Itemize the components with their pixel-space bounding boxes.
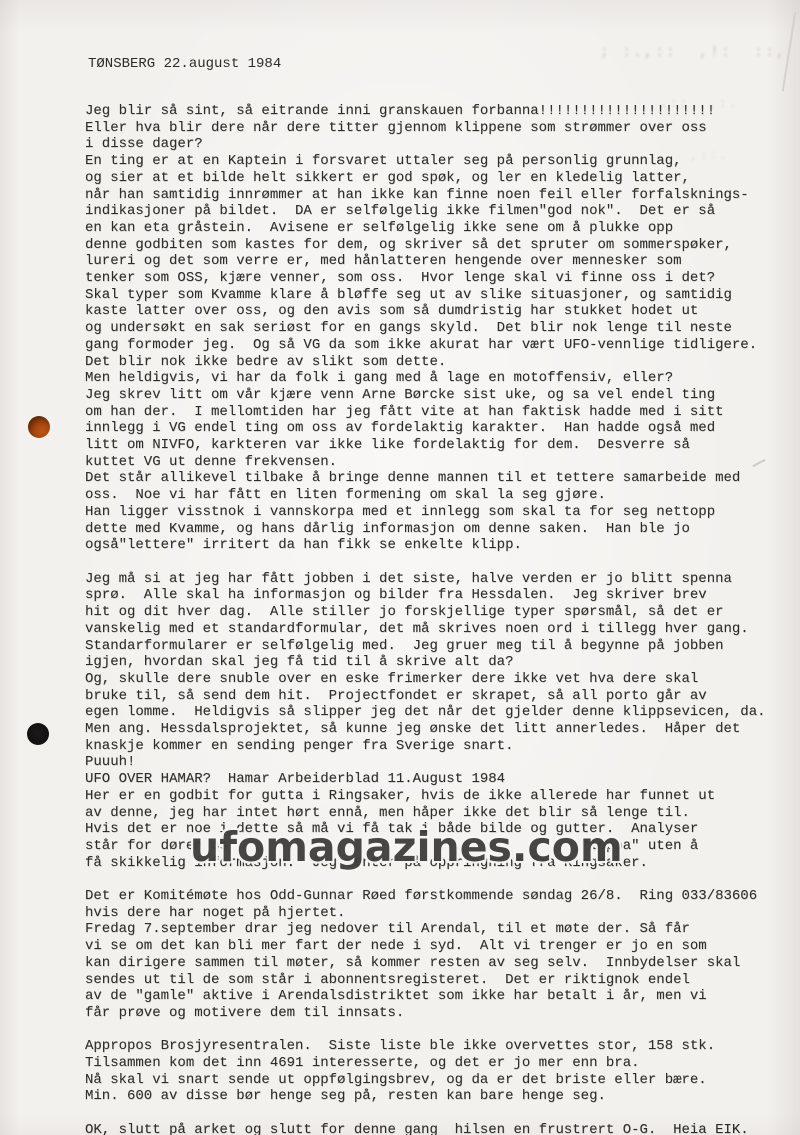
scanned-letter-page: { "paper": { "background": "#f3f1ee", "i…	[0, 0, 800, 1135]
punch-hole-icon	[27, 723, 49, 745]
date-line: TØNSBERG 22.august 1984	[88, 56, 281, 73]
letter-body-text: Jeg blir så sint, så eitrande inni grans…	[85, 103, 766, 1135]
punch-hole-icon	[28, 416, 50, 438]
bleed-through-text: .:; ,:.	[660, 96, 738, 111]
bleed-through-text: ,::.	[690, 148, 729, 163]
bleed-through-text: ; :.,:: ,!: ::, :!.;.	[600, 44, 800, 61]
watermark-text: ufomagazines.com	[190, 822, 623, 872]
